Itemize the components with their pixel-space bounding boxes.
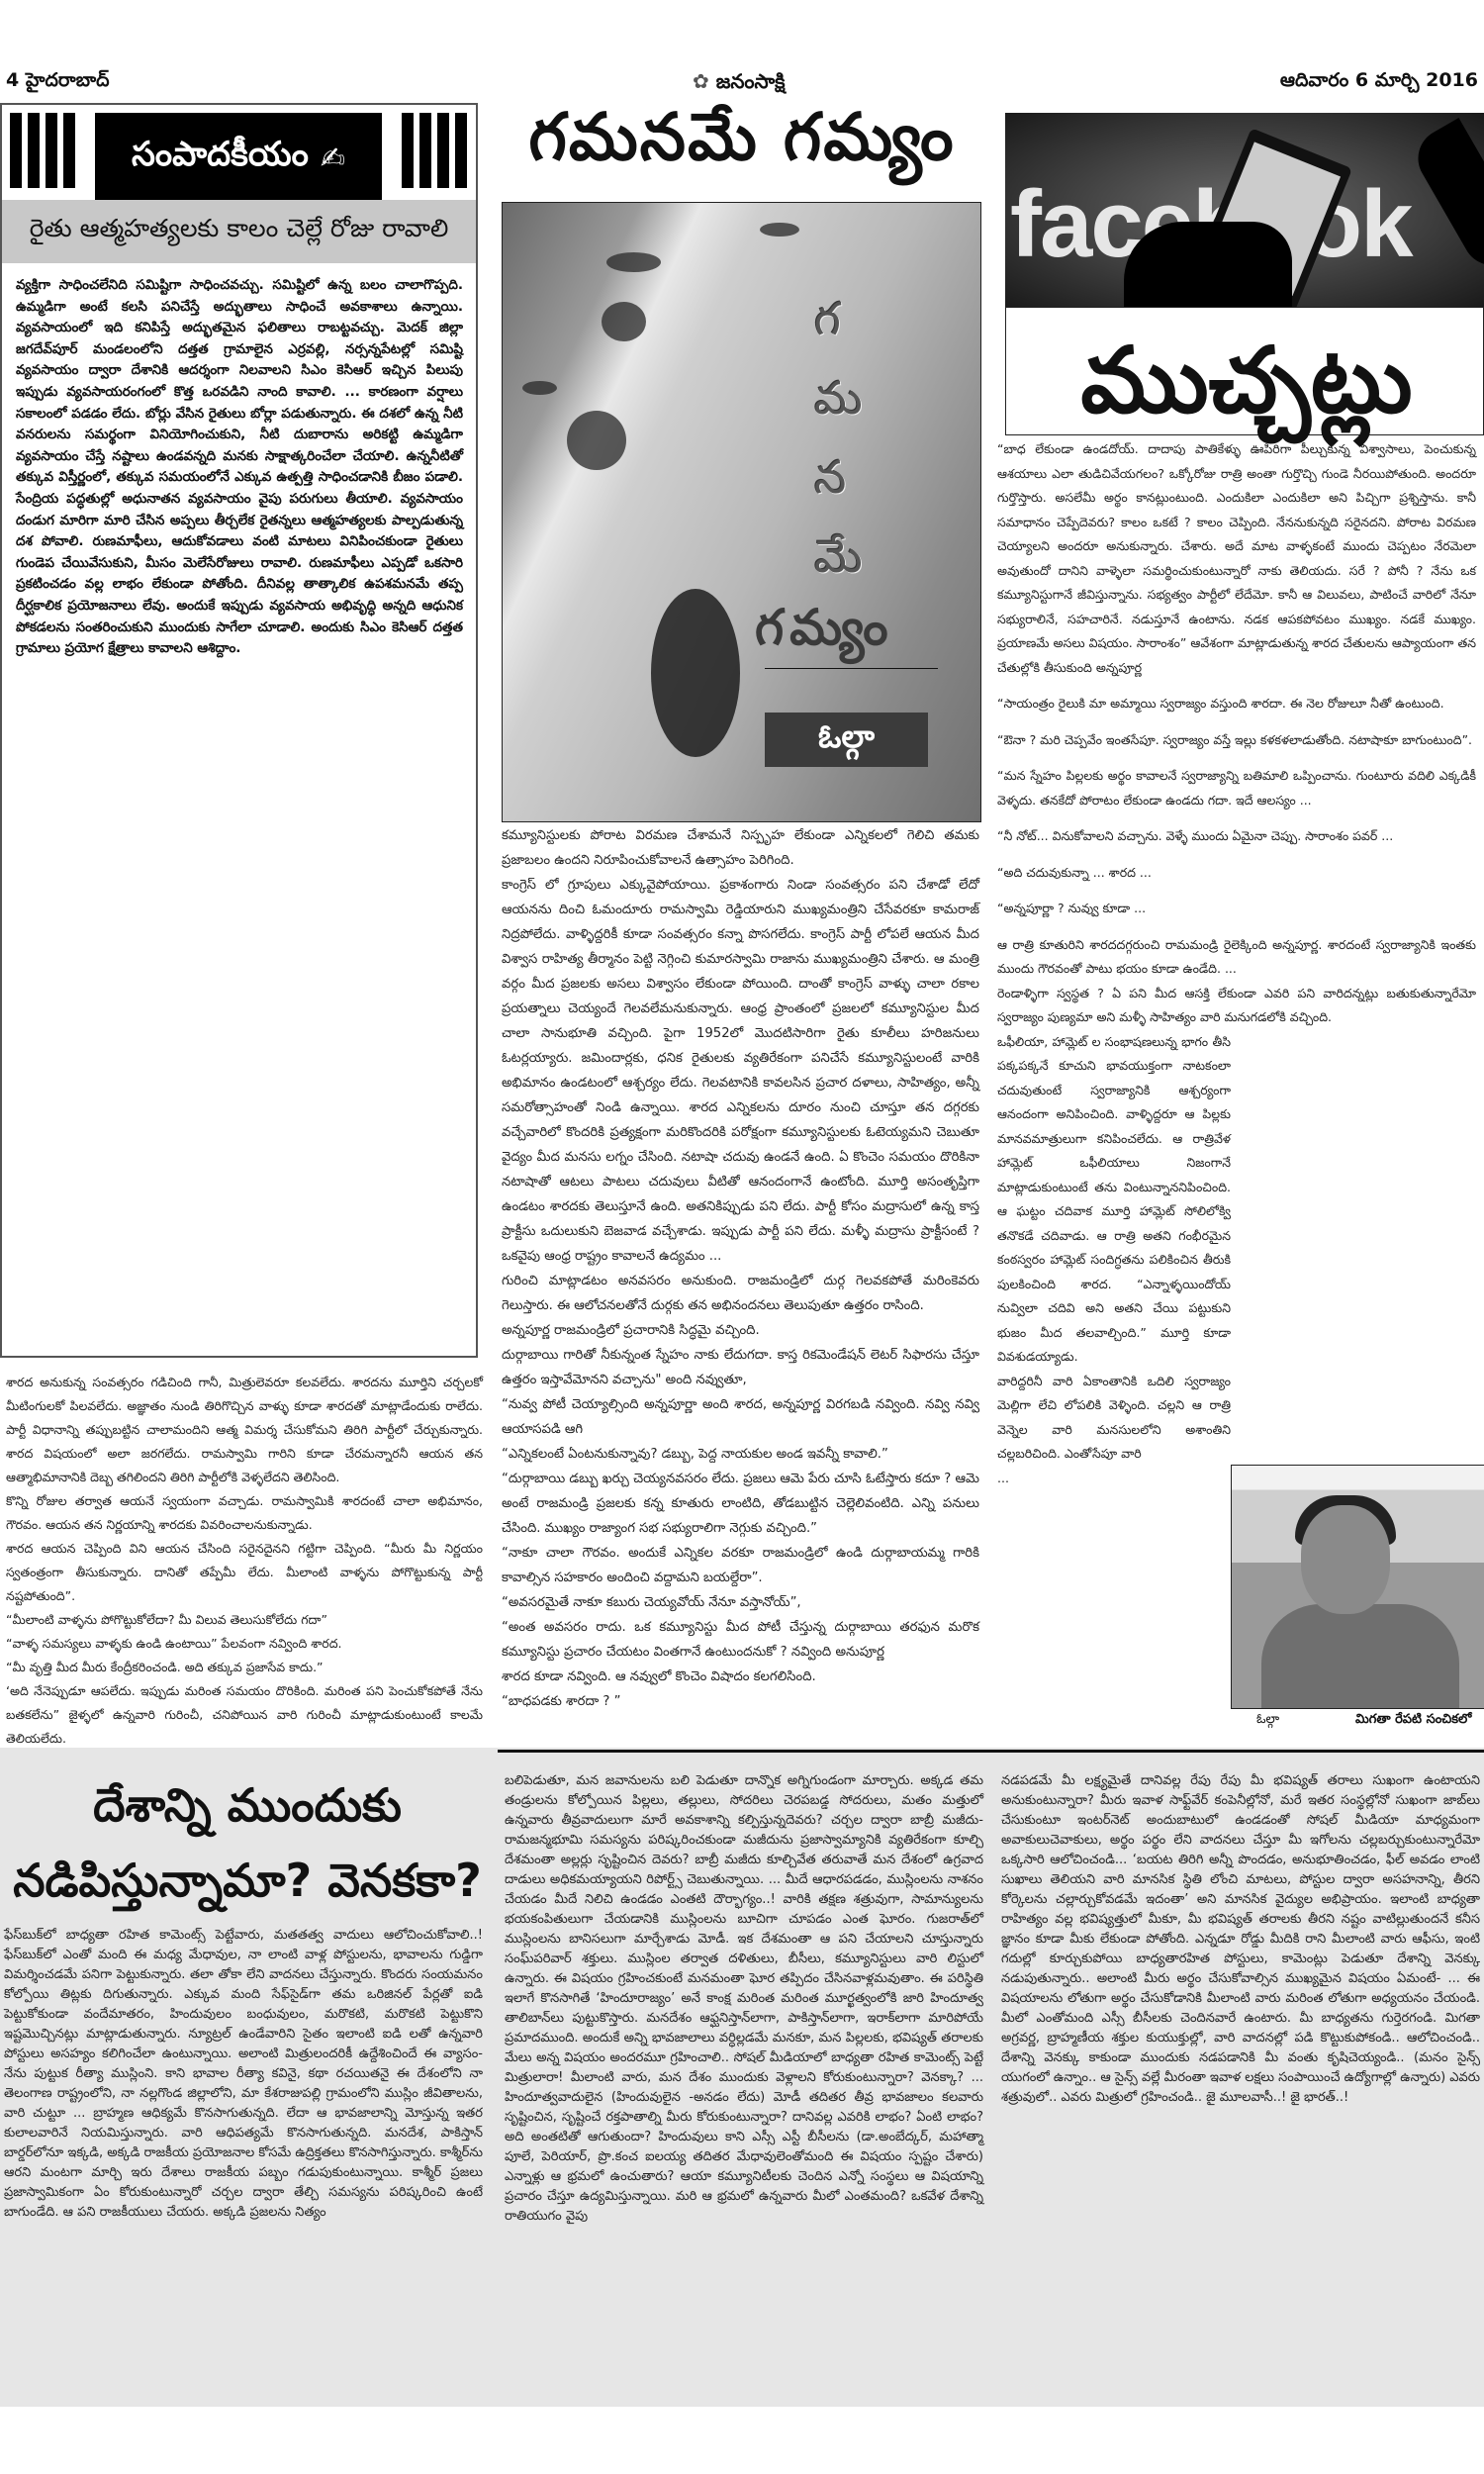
finger-silhouette [1408,118,1484,276]
facebook-title: ముచ్చట్లు [1009,307,1484,455]
masthead-logo-icon: ✿ [693,69,709,93]
paragraph: “బాధ లేకుండా ఉండదోయ్. దాదాపు పాతికేళ్ళు … [997,437,1476,680]
paragraph: “అన్నపూర్ణా ? నువ్వు కూడా ... [997,897,1476,921]
paragraph: కాంగ్రెస్ లో గ్రూపులు ఎక్కువైపోయాయి. ప్ర… [502,873,979,1269]
headline-line: నడిపిస్తున్నామా? వెనకకా? [0,1843,495,1918]
continued-note: మిగతా రేపటి సంచికలో [1355,1712,1471,1730]
paragraph: “మీలాంటి వాళ్ళను పోగొట్టుకోలేదా? మీ విలు… [6,1608,483,1632]
paragraph: రెండాళ్ళిగా స్వస్థత ? ఏ పని మీద ఆసక్తి ల… [997,982,1476,1030]
bottom-article-col2: బలిపెడుతూ, మన జవానులను బలి పెడుతూ దాన్నొ… [505,1771,983,2227]
page-number: 4 [6,69,19,91]
paragraph: గురించి మాట్లాడటం అనవసరం అనుకుంది. రాజమం… [502,1269,979,1318]
paragraph: ఒఫీలియా, హామ్లెట్ ల సంభాషణలున్న భాగం తీస… [997,1030,1231,1370]
paragraph: “మన స్నేహం పిల్లలకు అర్థం కావాలనే స్వరాజ… [997,764,1476,812]
banner-bars-left [10,113,75,188]
pen-icon: ✍ [321,142,345,176]
editorial-label: సంపాదకీయం ✍ [95,113,382,204]
paragraph: “ఎన్నికలంటే ఏంటనుకున్నావు? డబ్బు, పెద్ద … [502,1442,979,1467]
paragraph: “మీ వృత్తి మీద మీరు కేంద్రీకరించండి. అది… [6,1656,483,1679]
story-right-column: “బాధ లేకుండా ఉండదోయ్. దాదాపు పాతికేళ్ళు … [997,437,1476,1490]
headline-line: దేశాన్ని ముందుకు [0,1767,495,1843]
paragraph: శారద ఆయన చెప్పింది విని ఆయన చేసింది సరైన… [6,1537,483,1608]
editorial-label-text: సంపాదకీయం [132,135,309,182]
editorial-box: సంపాదకీయం ✍ రైతు ఆత్మహత్యలకు కాలం చెల్లే… [0,103,478,1358]
hand-silhouette [1124,222,1292,307]
paragraph: “వాళ్ళ సమస్యలు వాళ్ళకు ఉండి ఉంటాయి” పేలవ… [6,1632,483,1656]
author-photo [1231,1465,1484,1709]
city-name: హైదరాబాద్ [26,69,110,91]
paragraph: “నాకూ చాలా గౌరవం. అందుకే ఎన్నికల వరకూ రా… [502,1541,979,1590]
bottom-article-col1: ఫేస్‌బుక్‌లో బాధ్యతా రహిత కామెంట్స్ పెట్… [4,1926,483,2223]
paragraph: “అది చదువుకున్నా ... శారద ... [997,861,1476,886]
paragraph: కొన్ని రోజుల తర్వాత ఆయనే స్వయంగా వచ్చాడు… [6,1489,483,1537]
page-date: ఆదివారం 6 మార్చి 2016 [1280,69,1478,96]
paragraph: “నీ నోట్... వినుకోవాలని వచ్చాను. వెళ్ళే … [997,824,1476,849]
page-header-left: 4 హైదరాబాద్ [6,69,110,96]
image-letter: గ [814,292,841,357]
masthead: ✿ జనంసాక్షి [693,69,786,98]
paragraph: ఆ రాత్రి కూతురిని శారదదగ్గరుంచి రామమండ్ర… [997,933,1476,982]
story-title: గమనమే గమ్యం [495,99,989,191]
image-letter: న [814,450,846,516]
paragraph: “అవసరమైతే నాకూ కబురు చెయ్యవోయ్ నేనూ వస్త… [502,1590,979,1615]
divider [765,668,938,669]
editorial-body: వ్యక్తిగా సాధించలేనిది సమిష్టిగా సాధించవ… [16,275,463,660]
paragraph: అన్నపూర్ణ రాజమండ్రిలో ప్రచారానికి సిద్ధమ… [502,1318,979,1343]
paragraph: “నువ్వ పోటీ చెయ్యాల్సింది అన్నపూర్ణా అంద… [502,1392,979,1442]
paragraph: ‘అది నేనెప్పుడూ ఆపలేదు. ఇప్పుడు మరింత సమ… [6,1679,483,1751]
paragraph: “దుర్గాబాయి డబ్బు ఖర్చు చెయ్యనవసరం లేదు.… [502,1467,979,1541]
paragraph: “ఔనా ? మరి చెప్పవేం ఇంతసేపూ. స్వరాజ్యం వ… [997,728,1476,753]
image-word: గమ్యం [755,599,894,669]
story-middle-column: కమ్యూనిస్టులకు పోరాట విరమణ చేశామనే నిస్ప… [502,823,979,1714]
paragraph: కమ్యూనిస్టులకు పోరాట విరమణ చేశామనే నిస్ప… [502,823,979,873]
beach-footprints-image: గ మ న మే గమ్యం ఓల్గా [502,202,981,822]
bottom-article-col3: నడపడమే మీ లక్ష్యమైతే దానివల్ల రేపు రేపు … [1001,1771,1480,2108]
bottom-article-headline: దేశాన్ని ముందుకు నడిపిస్తున్నామా? వెనకకా… [0,1767,495,1918]
facebook-phone-image: facebook [1005,113,1484,307]
paragraph: ... [997,1467,1231,1491]
banner-bars-right [402,113,467,188]
paragraph: “అంత అవసరం రాదు. ఒక కమ్యూనిస్టు మీద పోటీ… [502,1615,979,1665]
paragraph: వారిద్దరినీ వారి ఏకాంతానికి ఒదిలి స్వరాజ… [997,1370,1231,1467]
section-divider [498,1750,1484,1753]
paragraph: శారద కూడా నవ్వింది. ఆ నవ్వులో కొంచెం విష… [502,1665,979,1689]
author-label: ఓల్గా [765,713,928,767]
paragraph: శారద అనుకున్న సంవత్సరం గడిచింది గానీ, మి… [6,1371,483,1489]
paragraph: “సాయంత్రం రైలుకి మా అమ్మాయి స్వరాజ్యం వస… [997,692,1476,716]
paragraph: దుర్గాబాయి గారితో నీకున్నంత స్నేహం నాకు … [502,1343,979,1392]
editorial-banner: సంపాదకీయం ✍ [10,113,467,188]
photo-caption: ఓల్గా [1256,1712,1279,1730]
image-letter: మే [814,529,863,595]
paragraph: “బాధపడకు శారదా ? ” [502,1689,979,1714]
image-letter: మ [814,371,863,436]
masthead-title: జనంసాక్షి [716,69,786,93]
editorial-headline: రైతు ఆత్మహత్యలకు కాలం చెల్లే రోజు రావాలి [2,200,476,263]
